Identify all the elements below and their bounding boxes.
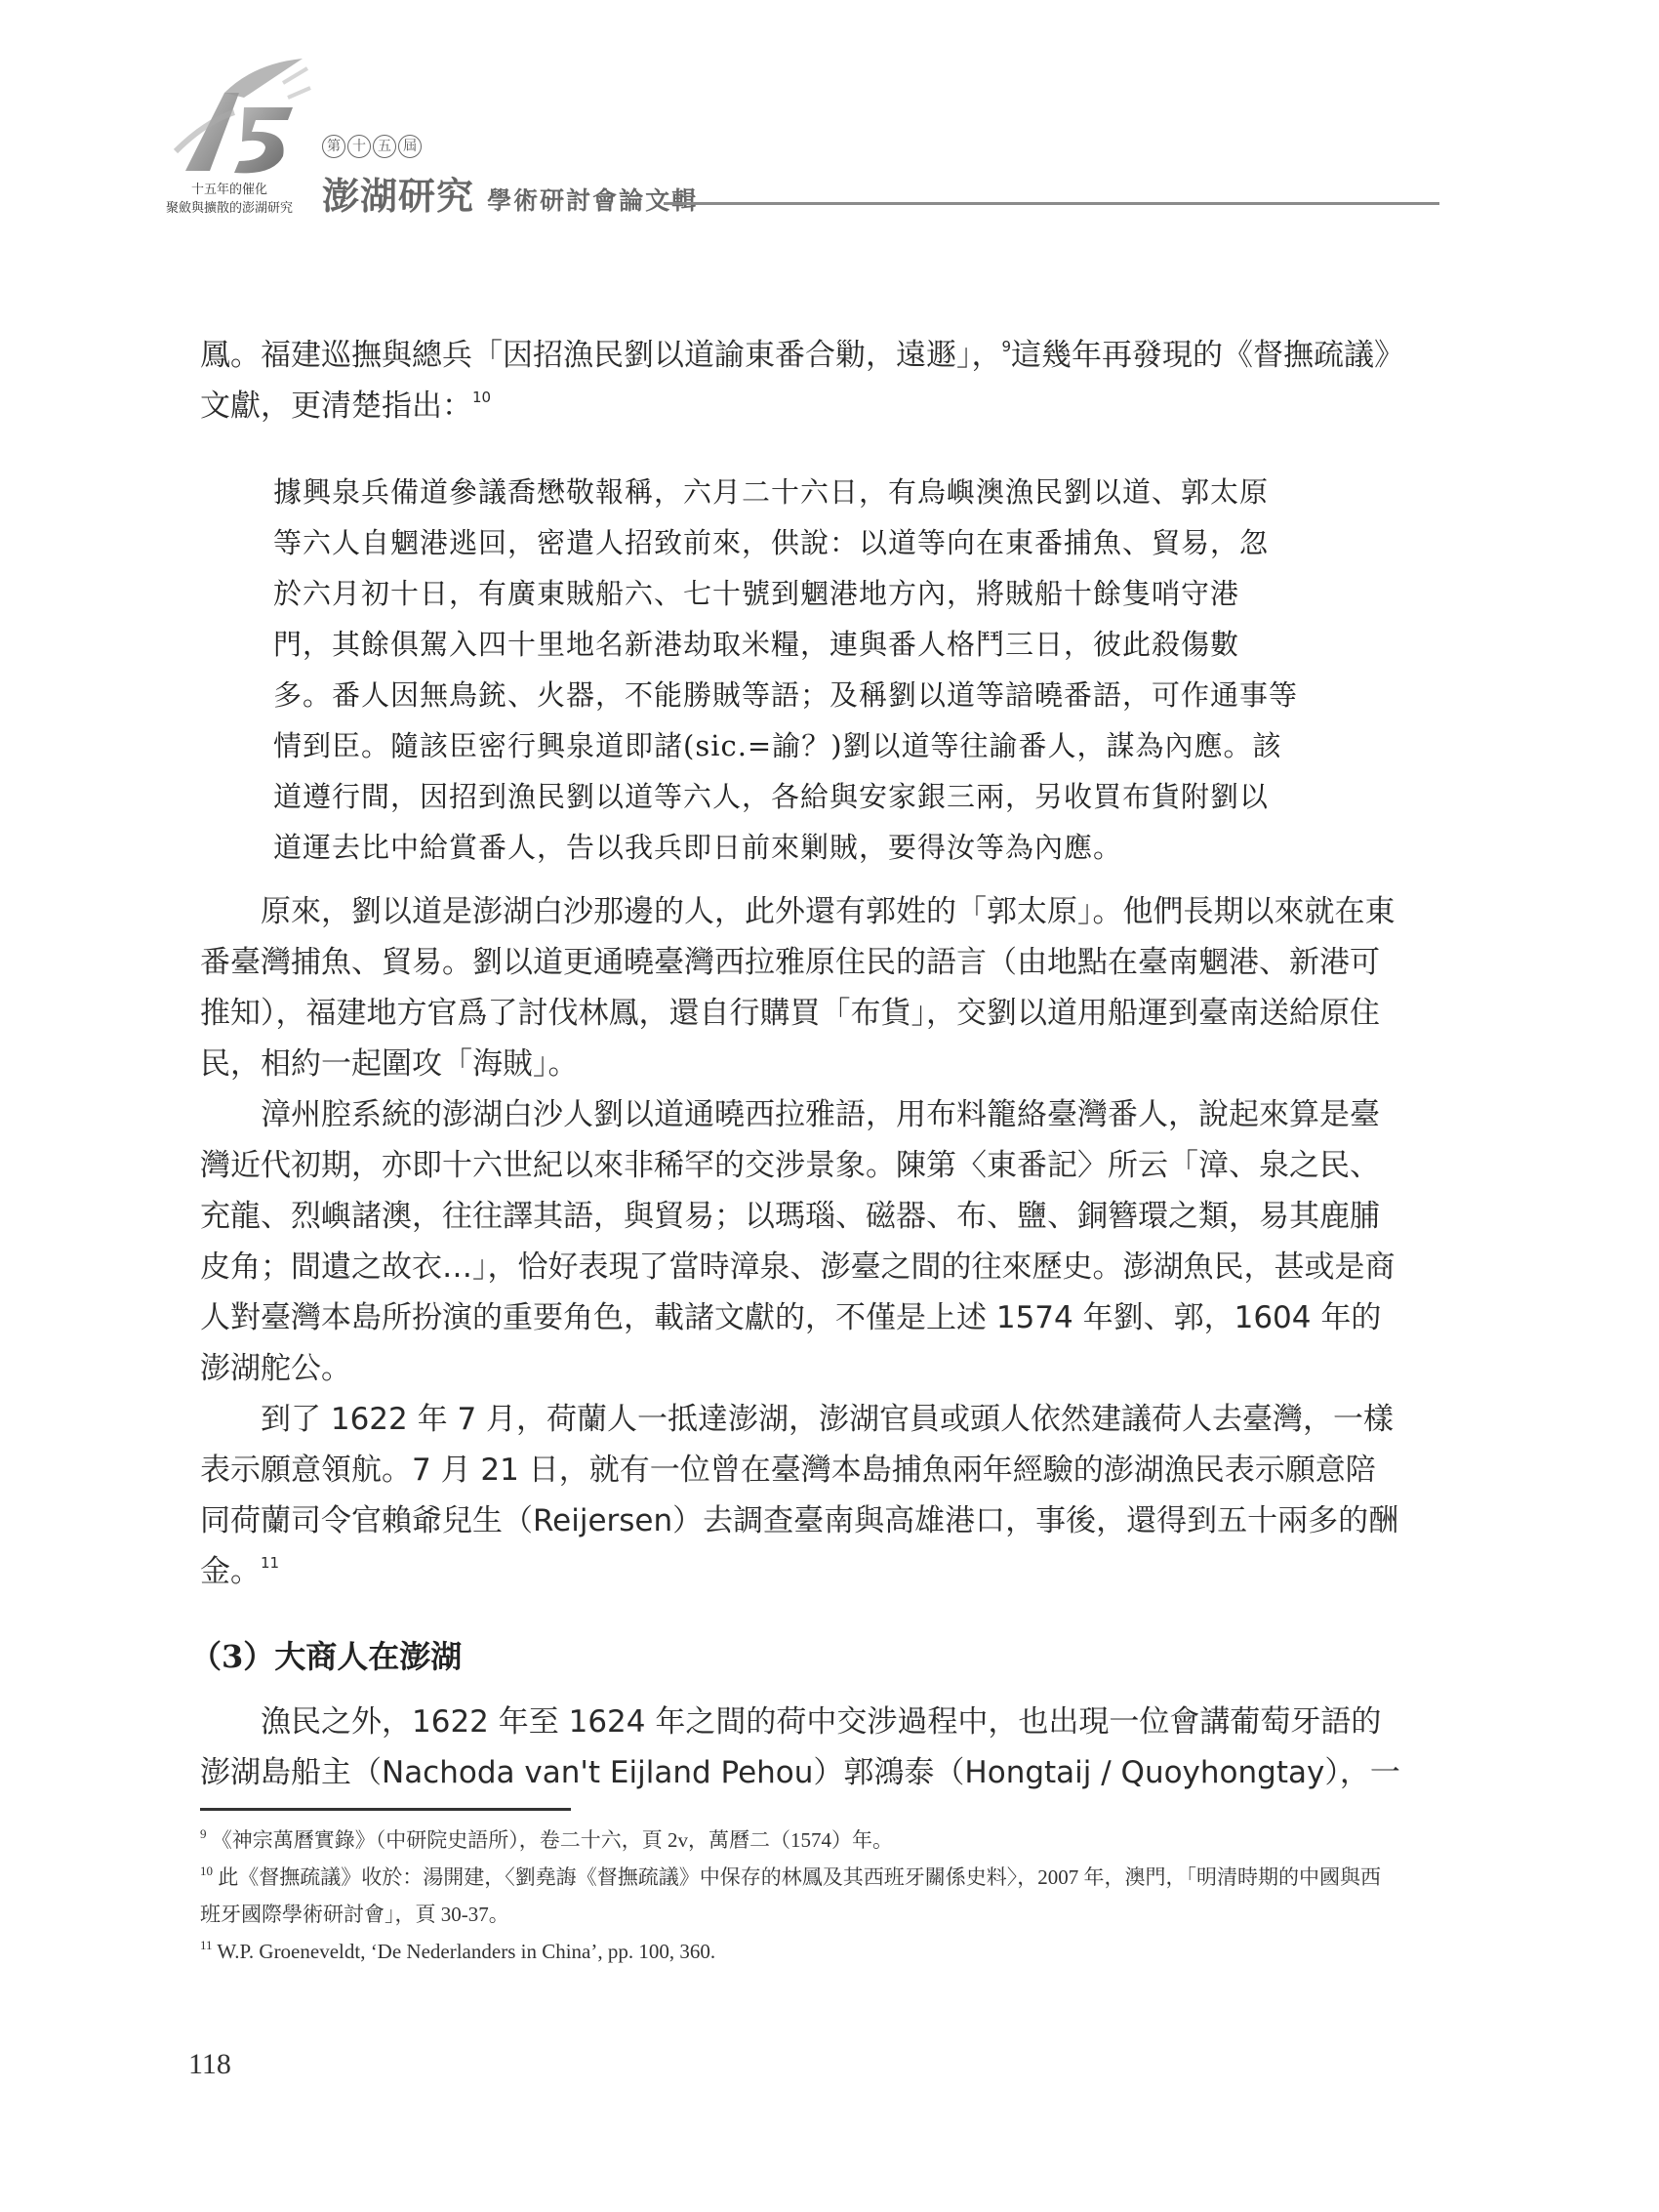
quote-line: 道遵行間，因招到漁民劉以道等六人，各給與安家銀三兩，另收買布貨附劉以 <box>273 771 1366 822</box>
journal-title-sub: 學術研討會論文輯 <box>487 186 698 215</box>
footnote-10: 10 此《督撫疏議》收於：湯開建，〈劉堯誨《督撫疏議》中保存的林鳳及其西班牙關係… <box>200 1859 1400 1933</box>
quote-line: 據興泉兵備道參議喬懋敬報稱，六月二十六日，有烏嶼澳漁民劉以道、郭太原 <box>273 467 1366 517</box>
quote-line: 道運去比中給賞番人，告以我兵即日前來剿賊，要得汝等為內應。 <box>273 822 1366 873</box>
footnote-11: 11 W.P. Groeneveldt, ‘De Nederlanders in… <box>200 1933 1400 1970</box>
series-badge-char: 十 <box>347 135 371 158</box>
paragraph-4: 到了 1622 年 7 月，荷蘭人一抵達澎湖，澎湖官員或頭人依然建議荷人去臺灣，… <box>200 1394 1400 1597</box>
header-rule <box>664 202 1439 205</box>
journal-title: 澎湖研究 學術研討會論文輯 <box>322 166 698 220</box>
logo-caption: 十五年的催化 聚斂與擴散的澎湖研究 <box>156 181 303 218</box>
footnote-number: 11 <box>200 1938 213 1952</box>
logo-caption-line1: 十五年的催化 <box>156 181 303 199</box>
page-number: 118 <box>188 2048 231 2081</box>
footnote-number: 10 <box>200 1864 213 1878</box>
series-badge-char: 第 <box>322 135 345 158</box>
quote-line: 等六人自魍港逃回，密遣人招致前來，供說：以道等向在東番捕魚、貿易，忽 <box>273 517 1366 568</box>
footnotes: 9 《神宗萬曆實錄》（中研院史語所），卷二十六，頁 2v，萬曆二（1574）年。… <box>200 1822 1400 1970</box>
paragraph-3-text: 漳州腔系統的澎湖白沙人劉以道通曉西拉雅語，用布料籠絡臺灣番人，說起來算是臺灣近代… <box>200 1089 1400 1394</box>
footnote-9: 9 《神宗萬曆實錄》（中研院史語所），卷二十六，頁 2v，萬曆二（1574）年。 <box>200 1822 1400 1859</box>
block-quote: 據興泉兵備道參議喬懋敬報稱，六月二十六日，有烏嶼澳漁民劉以道、郭太原 等六人自魍… <box>273 467 1366 873</box>
section-heading: （3）大商人在澎湖 <box>190 1632 462 1677</box>
footnote-text: 此《督撫疏議》收於：湯開建，〈劉堯誨《督撫疏議》中保存的林鳳及其西班牙關係史料〉… <box>200 1865 1381 1926</box>
footnote-ref-11[interactable]: 11 <box>261 1554 279 1572</box>
series-badge-char: 五 <box>373 135 396 158</box>
paragraph-5: 漁民之外，1622 年至 1624 年之間的荷中交涉過程中，也出現一位會講葡萄牙… <box>200 1697 1400 1798</box>
quote-line: 於六月初十日，有廣東賊船六、七十號到魍港地方內，將賊船十餘隻哨守港 <box>273 568 1366 619</box>
journal-title-main: 澎湖研究 <box>322 174 474 218</box>
paragraph-2: 原來，劉以道是澎湖白沙那邊的人，此外還有郭姓的「郭太原」。他們長期以來就在東番臺… <box>200 886 1400 1089</box>
quote-line: 情到臣。隨該臣密行興泉道即諸(sic.=諭？)劉以道等往諭番人，謀為內應。該 <box>273 720 1366 771</box>
logo-15-emblem-icon <box>166 54 312 181</box>
paragraph-4-text: 到了 1622 年 7 月，荷蘭人一抵達澎湖，澎湖官員或頭人依然建議荷人去臺灣，… <box>200 1402 1398 1589</box>
series-badge: 第 十 五 屆 <box>322 135 422 158</box>
footnote-separator <box>200 1808 571 1811</box>
footnote-text: W.P. Groeneveldt, ‘De Nederlanders in Ch… <box>217 1940 715 1963</box>
paragraph-5-text: 漁民之外，1622 年至 1624 年之間的荷中交涉過程中，也出現一位會講葡萄牙… <box>200 1697 1400 1798</box>
footnote-ref-9[interactable]: 9 <box>1002 338 1012 355</box>
paragraph-2-text: 原來，劉以道是澎湖白沙那邊的人，此外還有郭姓的「郭太原」。他們長期以來就在東番臺… <box>200 886 1400 1089</box>
quote-line: 多。番人因無鳥銃、火器，不能勝賊等語；及稱劉以道等諳曉番語，可作通事等 <box>273 670 1366 720</box>
quote-line: 門，其餘俱駕入四十里地名新港劫取米糧，連與番人格鬥三日，彼此殺傷數 <box>273 619 1366 670</box>
paragraph-3: 漳州腔系統的澎湖白沙人劉以道通曉西拉雅語，用布料籠絡臺灣番人，說起來算是臺灣近代… <box>200 1089 1400 1394</box>
series-badge-char: 屆 <box>398 135 422 158</box>
footnote-text: 《神宗萬曆實錄》（中研院史語所），卷二十六，頁 2v，萬曆二（1574）年。 <box>212 1828 893 1852</box>
paragraph-intro: 鳳。福建巡撫與總兵「因招漁民劉以道諭東番合勦，遠遯」，9這幾年再發現的《督撫疏議… <box>200 330 1400 431</box>
conference-logo: 十五年的催化 聚斂與擴散的澎湖研究 <box>156 54 312 220</box>
footnote-number: 9 <box>200 1826 207 1841</box>
intro-text-a: 鳳。福建巡撫與總兵「因招漁民劉以道諭東番合勦，遠遯」， <box>200 338 1002 373</box>
footnote-ref-10[interactable]: 10 <box>472 389 491 406</box>
logo-caption-line2: 聚斂與擴散的澎湖研究 <box>156 199 303 218</box>
